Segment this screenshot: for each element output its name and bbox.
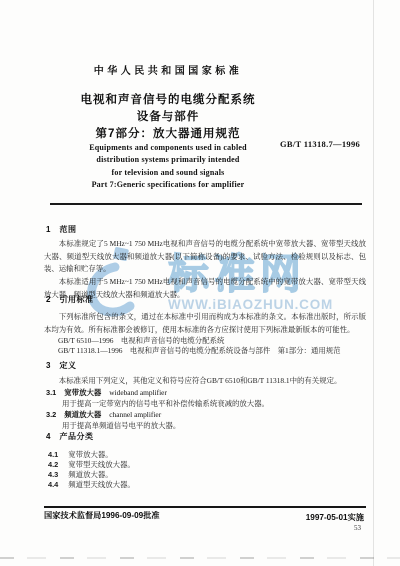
- reference-standard-1: GB/T 6510—1996 电视和声音信号的电缆分配系统: [44, 336, 366, 347]
- document-page: 标准网 WWW.iBIAOZHUN.COM 中华人民共和国国家标准 电视和声音信…: [0, 0, 400, 566]
- classification-item-2-number: 4.2: [48, 460, 58, 469]
- definition-3-1-text: 用于提高一定带宽内的信号电平和补偿传输系统衰减的放大器。: [44, 399, 366, 409]
- definition-3-2-text: 用于提高单频道信号电平的放大器。: [44, 421, 366, 431]
- classification-item-4-text: 频道型天线放大器。: [68, 480, 135, 489]
- section-1-paragraph-1: 本标准规定了5 MHz~1 750 MHz电视和声音信号的电缆分配系统中宽带放大…: [44, 238, 366, 276]
- definition-3-2-term: 频道放大器: [64, 410, 101, 419]
- approval-authority: 国家技术监督局1996-09-09批准: [44, 510, 160, 521]
- definition-3-1: 3.1宽带放大器wideband amplifier: [46, 388, 368, 398]
- section-3-paragraph-1: 本标准采用下列定义，其他定义和符号应符合GB/T 6510和GB/T 11318…: [44, 375, 366, 388]
- document-body: 1 范围 本标准规定了5 MHz~1 750 MHz电视和声音信号的电缆分配系统…: [44, 0, 366, 566]
- definition-3-1-term: 宽带放大器: [64, 388, 101, 397]
- classification-item-2-text: 宽带型天线放大器。: [68, 460, 135, 469]
- classification-item-4: 4.4频道型天线放大器。: [48, 480, 370, 490]
- definition-3-2: 3.2频道放大器channel amplifier: [46, 410, 368, 420]
- classification-item-1-text: 宽带放大器。: [68, 450, 112, 459]
- section-3-heading: 3 定义: [46, 360, 368, 371]
- classification-item-3-number: 4.3: [48, 470, 58, 479]
- page-number: 53: [354, 524, 361, 532]
- classification-item-1-number: 4.1: [48, 450, 58, 459]
- section-1-heading: 1 范围: [46, 224, 368, 235]
- scan-edge-line: [373, 0, 374, 566]
- definition-3-2-english: channel amplifier: [109, 410, 161, 419]
- reference-standard-2: GB/T 11318.1—1996 电视和声音信号的电缆分配系统设备与部件 第1…: [44, 346, 366, 357]
- classification-item-1: 4.1宽带放大器。: [48, 450, 370, 460]
- section-4-heading: 4 产品分类: [46, 431, 368, 442]
- classification-item-2: 4.2宽带型天线放大器。: [48, 460, 370, 470]
- implementation-date: 1997-05-01实施: [306, 512, 364, 523]
- section-2-heading: 2 引用标准: [46, 294, 368, 305]
- classification-item-3-text: 频道放大器。: [68, 470, 112, 479]
- definition-3-1-number: 3.1: [46, 388, 56, 397]
- definition-3-1-english: wideband amplifier: [109, 388, 167, 397]
- definition-3-2-number: 3.2: [46, 410, 56, 419]
- footer-divider: [44, 506, 366, 508]
- section-2-paragraph-1: 下列标准所包含的条文，通过在本标准中引用而构成为本标准的条文。本标准出版时，所示…: [44, 311, 366, 336]
- classification-item-4-number: 4.4: [48, 480, 58, 489]
- classification-item-3: 4.3频道放大器。: [48, 470, 370, 480]
